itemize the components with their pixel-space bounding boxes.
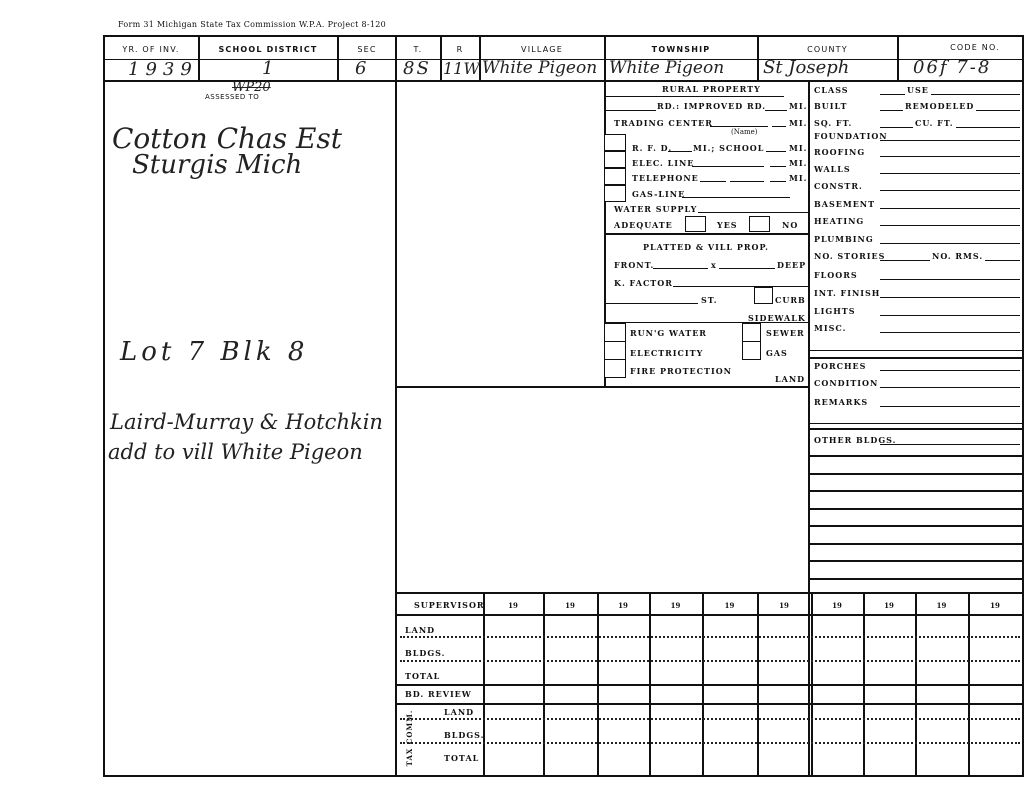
value-cell[interactable] — [759, 704, 810, 717]
tax-comm-label: TAX COMM. — [406, 708, 414, 768]
value-cell[interactable] — [545, 661, 596, 683]
platted-title: PLATTED & VILL PROP. — [643, 242, 769, 252]
tax-comm-bldgs-label: BLDGS. — [444, 730, 484, 740]
value-cell[interactable] — [599, 719, 648, 741]
other-bldgs-line[interactable] — [808, 508, 1023, 510]
value-cell[interactable] — [651, 685, 701, 702]
header-code-no: CODE NO. — [930, 43, 1020, 52]
label-plumbing: PLUMBING — [814, 234, 874, 244]
label-use: USE — [905, 85, 931, 95]
value-cell[interactable] — [759, 637, 810, 659]
value-yr-of-inv[interactable]: 1939 — [128, 59, 198, 80]
assessed-to-label: ASSESSED TO — [205, 93, 259, 101]
other-bldgs-line[interactable] — [808, 490, 1023, 492]
mid-divider — [395, 386, 809, 388]
value-cell[interactable] — [970, 661, 1021, 683]
deep-blank[interactable] — [719, 268, 775, 269]
deep-label: DEEP — [777, 260, 806, 270]
mi-label: MI. — [789, 118, 807, 128]
value-t[interactable]: 8S — [403, 58, 431, 79]
elec-line-label: ELEC. LINE — [632, 158, 694, 168]
trading-center-label: TRADING CENTER — [614, 118, 713, 128]
mi-label: MI. — [789, 173, 807, 183]
street-blank[interactable] — [606, 303, 698, 304]
blank-line[interactable] — [810, 350, 1022, 351]
name-hint: (Name) — [731, 128, 758, 136]
label-no-rms: NO. RMS. — [930, 251, 985, 261]
mi-school-label: MI.; SCHOOL — [693, 143, 764, 153]
other-bldgs-line[interactable] — [808, 560, 1023, 562]
section-divider — [808, 428, 1023, 430]
value-cell[interactable] — [813, 743, 862, 774]
value-cell[interactable] — [813, 704, 862, 717]
supervisor-label: SUPERVISOR — [414, 600, 485, 610]
label-remarks: REMARKS — [814, 397, 868, 407]
blank-constr[interactable] — [880, 190, 1020, 191]
label-cu-ft: CU. FT. — [913, 118, 956, 128]
col-sep — [757, 35, 759, 81]
other-bldgs-line[interactable] — [808, 525, 1023, 527]
value-cell[interactable] — [599, 704, 648, 717]
gas-line-label: GAS-LINE — [632, 189, 685, 199]
gas-label: GAS — [766, 348, 788, 358]
other-bldgs-line[interactable] — [808, 543, 1023, 545]
col-sep-main — [395, 35, 397, 777]
label-class: CLASS — [814, 85, 849, 95]
form-title: Form 31 Michigan State Tax Commission W.… — [118, 20, 386, 29]
value-sec[interactable]: 6 — [355, 58, 366, 79]
label-constr: CONSTR. — [814, 181, 863, 191]
header-r: R — [442, 45, 478, 54]
year-header: 19 — [863, 601, 915, 610]
value-cell[interactable] — [485, 743, 542, 774]
trading-center-blank[interactable] — [710, 126, 768, 127]
land-label: LAND — [405, 625, 435, 635]
year-header: 19 — [702, 601, 757, 610]
value-school-district[interactable]: 1 — [262, 58, 273, 79]
no-label: NO — [782, 220, 798, 230]
value-cell[interactable] — [485, 719, 542, 741]
value-cell[interactable] — [970, 685, 1021, 702]
land-label: LAND — [775, 374, 805, 384]
value-cell[interactable] — [813, 661, 862, 683]
water-supply-label: WATER SUPPLY — [614, 204, 697, 214]
value-cell[interactable] — [651, 719, 701, 741]
total-label: TOTAL — [405, 671, 440, 681]
value-cell[interactable] — [917, 704, 967, 717]
value-cell[interactable] — [917, 615, 967, 635]
value-cell[interactable] — [651, 615, 701, 635]
frame-left — [103, 35, 105, 777]
running-water-label: RUN'G WATER — [630, 328, 707, 338]
label-condition: CONDITION — [814, 378, 878, 388]
adequate-no-checkbox[interactable] — [749, 216, 770, 232]
col-sep — [604, 35, 606, 81]
col-sep — [440, 35, 442, 81]
blank-walls[interactable] — [880, 173, 1020, 174]
label-remodeled: REMODELED — [903, 101, 976, 111]
value-cell[interactable] — [545, 743, 596, 774]
value-cell[interactable] — [651, 743, 701, 774]
value-cell[interactable] — [545, 615, 596, 635]
blank-int-finish[interactable] — [880, 297, 1020, 298]
label-floors: FLOORS — [814, 270, 858, 280]
blank — [606, 110, 656, 111]
running-water-checkbox[interactable] — [604, 323, 626, 342]
fire-protection-label: FIRE PROTECTION — [630, 366, 732, 376]
blank-heating[interactable] — [880, 225, 1020, 226]
col-sep — [198, 35, 200, 81]
trading-center-mi-blank[interactable] — [772, 126, 786, 127]
owner-address[interactable]: Sturgis Mich — [132, 150, 302, 180]
year-header: 19 — [543, 601, 597, 610]
value-cell[interactable] — [651, 704, 701, 717]
value-cell[interactable] — [917, 661, 967, 683]
year-header: 19 — [757, 601, 811, 610]
header-village: VILLAGE — [481, 45, 603, 54]
year-header: 19 — [915, 601, 968, 610]
label-basement: BASEMENT — [814, 199, 875, 209]
value-cell[interactable] — [813, 615, 862, 635]
value-cell[interactable] — [599, 661, 648, 683]
value-cell[interactable] — [545, 719, 596, 741]
value-cell[interactable] — [970, 615, 1021, 635]
st-label: ST. — [701, 295, 717, 305]
sewer-label: SEWER — [766, 328, 805, 338]
school-blank[interactable] — [766, 151, 786, 152]
value-village[interactable]: White Pigeon — [482, 58, 597, 78]
label-porches: PORCHES — [814, 361, 866, 371]
blank-porches[interactable] — [880, 370, 1020, 371]
year-header: 19 — [597, 601, 649, 610]
value-cell[interactable] — [759, 743, 810, 774]
value-cell[interactable] — [813, 637, 862, 659]
blank-misc[interactable] — [880, 332, 1020, 333]
value-cell[interactable] — [970, 637, 1021, 659]
value-cell[interactable] — [651, 637, 701, 659]
curb-label: CURB — [775, 295, 806, 305]
rfd-blank[interactable] — [668, 151, 692, 152]
label-lights: LIGHTS — [814, 306, 856, 316]
header-township: TOWNSHIP — [606, 45, 756, 54]
blank-floors[interactable] — [880, 279, 1020, 280]
tax-comm-total-label: TOTAL — [444, 753, 479, 763]
value-cell[interactable] — [759, 661, 810, 683]
value-cell[interactable] — [917, 637, 967, 659]
value-code-no[interactable]: 06f 7-8 — [913, 57, 991, 78]
header-t: T. — [397, 45, 439, 54]
value-cell[interactable] — [545, 704, 596, 717]
header-yr-of-inv: YR. OF INV. — [105, 45, 197, 54]
rfd-checkbox[interactable] — [604, 134, 626, 151]
year-header: 19 — [649, 601, 702, 610]
value-cell[interactable] — [704, 637, 756, 659]
label-sq-ft: SQ. FT. — [814, 118, 852, 128]
value-cell[interactable] — [865, 743, 914, 774]
blank-class[interactable] — [880, 94, 1020, 95]
k-factor-blank[interactable] — [673, 286, 809, 287]
value-cell[interactable] — [917, 685, 967, 702]
label-built: BUILT — [814, 101, 847, 111]
value-cell[interactable] — [485, 637, 542, 659]
value-cell[interactable] — [485, 685, 542, 702]
value-cell[interactable] — [865, 685, 914, 702]
rule — [604, 322, 809, 323]
elec-mi-blank[interactable] — [770, 166, 786, 167]
value-cell[interactable] — [970, 704, 1021, 717]
blank-basement[interactable] — [880, 208, 1020, 209]
value-cell[interactable] — [970, 743, 1021, 774]
telephone-label: TELEPHONE — [632, 173, 699, 183]
yes-label: YES — [717, 220, 738, 230]
blank-plumbing[interactable] — [880, 243, 1020, 244]
improved-rd-blank[interactable] — [765, 110, 787, 111]
gas-checkbox[interactable] — [742, 341, 761, 360]
value-cell[interactable] — [704, 615, 756, 635]
frame-top — [103, 35, 1024, 37]
front-label: FRONT. — [614, 260, 654, 270]
blank-condition[interactable] — [880, 387, 1020, 388]
legal-lot-block[interactable]: Lot 7 Blk 8 — [120, 337, 308, 367]
label-foundation: FOUNDATION — [814, 131, 888, 141]
label-no-stories: NO. STORIES — [814, 251, 885, 261]
col-sep — [897, 35, 899, 81]
blank-other-bldgs[interactable] — [880, 444, 1020, 445]
blank-lights[interactable] — [880, 315, 1020, 316]
water-supply-blank[interactable] — [698, 212, 808, 213]
fire-protection-checkbox[interactable] — [604, 359, 626, 378]
blank-roofing[interactable] — [880, 156, 1020, 157]
label-int-finish: INT. FINISH — [814, 288, 880, 298]
telephone-blank[interactable] — [700, 181, 726, 182]
frame-bottom — [103, 775, 1024, 777]
telephone-blank-2[interactable] — [730, 181, 764, 182]
mi-label: MI. — [789, 101, 807, 111]
value-cell[interactable] — [704, 719, 756, 741]
value-cell[interactable] — [704, 661, 756, 683]
value-cell[interactable] — [970, 719, 1021, 741]
sewer-checkbox[interactable] — [742, 323, 761, 342]
value-cell[interactable] — [704, 743, 756, 774]
rural-bottom — [604, 233, 809, 235]
value-cell[interactable] — [485, 704, 542, 717]
value-cell[interactable] — [704, 685, 756, 702]
value-cell[interactable] — [759, 719, 810, 741]
value-cell[interactable] — [545, 637, 596, 659]
value-cell[interactable] — [599, 615, 648, 635]
value-cell[interactable] — [599, 685, 648, 702]
electricity-label: ELECTRICITY — [630, 348, 703, 358]
mi-label: MI. — [789, 158, 807, 168]
blank-line[interactable] — [810, 423, 1022, 424]
bd-review-label: BD. REVIEW — [405, 689, 472, 699]
value-cell[interactable] — [865, 704, 914, 717]
value-cell[interactable] — [599, 743, 648, 774]
rfd-label: R. F. D. — [632, 143, 672, 153]
value-cell[interactable] — [704, 704, 756, 717]
value-r[interactable]: 11W — [443, 59, 480, 78]
bldgs-label: BLDGS. — [405, 648, 445, 658]
front-blank[interactable] — [653, 268, 708, 269]
telephone-mi-blank[interactable] — [770, 181, 786, 182]
blank-remarks[interactable] — [880, 406, 1020, 407]
tax-comm-land-label: LAND — [444, 707, 474, 717]
value-cell[interactable] — [865, 615, 914, 635]
value-cell[interactable] — [865, 637, 914, 659]
value-county[interactable]: St Joseph — [763, 57, 849, 78]
other-bldgs-line[interactable] — [808, 578, 1023, 580]
header-school-district: SCHOOL DISTRICT — [200, 45, 336, 54]
k-factor-label: K. FACTOR — [614, 278, 673, 288]
label-heating: HEATING — [814, 216, 864, 226]
header-county: COUNTY — [759, 45, 896, 54]
frame-right — [1022, 35, 1024, 777]
value-cell[interactable] — [651, 661, 701, 683]
value-cell[interactable] — [485, 661, 542, 683]
curb-checkbox[interactable] — [754, 287, 773, 304]
telephone-checkbox[interactable] — [604, 168, 626, 185]
value-township[interactable]: White Pigeon — [609, 58, 724, 78]
legal-subdivision[interactable]: Laird-Murray & Hotchkin — [110, 410, 383, 434]
value-cell[interactable] — [917, 719, 967, 741]
value-cell[interactable] — [813, 719, 862, 741]
rd-improved-label: RD.: IMPROVED RD. — [657, 101, 766, 111]
value-cell[interactable] — [759, 685, 810, 702]
value-cell[interactable] — [759, 615, 810, 635]
mi-label: MI. — [789, 143, 807, 153]
value-cell[interactable] — [917, 743, 967, 774]
value-cell[interactable] — [813, 685, 862, 702]
blank-foundation[interactable] — [880, 140, 1020, 141]
label-roofing: ROOFING — [814, 147, 865, 157]
electricity-checkbox[interactable] — [604, 341, 626, 360]
year-header: 19 — [968, 601, 1022, 610]
rule — [604, 96, 784, 97]
gas-line-checkbox[interactable] — [604, 185, 626, 202]
value-cell[interactable] — [865, 661, 914, 683]
gas-line-blank[interactable] — [682, 197, 790, 198]
col-sep — [337, 35, 339, 81]
label-walls: WALLS — [814, 164, 851, 174]
other-bldgs-line[interactable] — [808, 473, 1023, 475]
adequate-yes-checkbox[interactable] — [685, 216, 706, 232]
value-cell[interactable] — [865, 719, 914, 741]
label-misc: MISC. — [814, 323, 846, 333]
valuation-top — [395, 592, 1024, 594]
value-cell[interactable] — [485, 615, 542, 635]
x-label: x — [711, 260, 717, 270]
value-cell[interactable] — [599, 637, 648, 659]
adequate-label: ADEQUATE — [614, 220, 673, 230]
year-header: 19 — [811, 601, 863, 610]
header-sec: SEC — [339, 45, 395, 54]
year-header: 19 — [483, 601, 543, 610]
other-bldgs-line[interactable] — [808, 455, 1023, 457]
elec-line-blank[interactable] — [692, 166, 764, 167]
value-cell[interactable] — [545, 685, 596, 702]
rural-property-title: RURAL PROPERTY — [662, 84, 761, 94]
section-divider — [808, 357, 1023, 359]
elec-line-checkbox[interactable] — [604, 151, 626, 168]
legal-village[interactable]: add to vill White Pigeon — [108, 440, 363, 464]
